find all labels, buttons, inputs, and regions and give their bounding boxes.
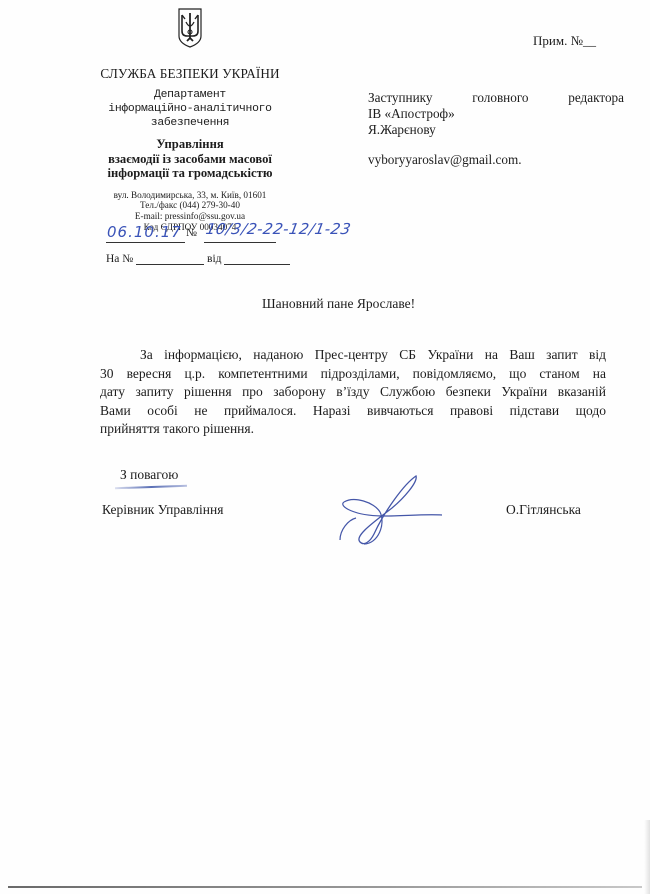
word: головного: [472, 90, 528, 106]
signer-position: Керівник Управління: [102, 502, 223, 518]
division-line: Управління: [90, 137, 290, 152]
handwritten-date: 06.10.17: [106, 223, 185, 243]
department-line: Департамент: [90, 88, 290, 102]
reference-date-blank: [224, 252, 290, 265]
handwritten-outgoing-number: 10/3/2-22-12/1-23: [204, 220, 352, 238]
trident-coat-of-arms-icon: [178, 8, 202, 48]
word: Заступнику: [368, 90, 432, 106]
reference-label: На №: [106, 253, 133, 265]
reference-number-blank: [136, 252, 204, 265]
department-line: інформаційно-аналітичного: [90, 102, 290, 116]
document-page: СЛУЖБА БЕЗПЕКИ УКРАЇНИ Департамент інфор…: [0, 0, 650, 894]
letterhead: СЛУЖБА БЕЗПЕКИ УКРАЇНИ Департамент інфор…: [90, 8, 290, 233]
registration-line: 06.10.17 № 10/3/2-22-12/1-23: [106, 223, 356, 245]
body-line: Вами особі не приймалося. Наразі вивчают…: [100, 402, 606, 421]
closing-regards: З повагою: [120, 467, 178, 483]
recipient-position: Заступнику головного редактора: [368, 90, 624, 106]
department-name: Департамент інформаційно-аналітичного за…: [90, 88, 290, 130]
department-line: забезпечення: [90, 116, 290, 130]
body-line: дату запиту рішення про заборону в’їзду …: [100, 383, 606, 402]
recipient-outlet: ІВ «Апостроф»: [368, 106, 624, 122]
address: вул. Володимирська, 33, м. Київ, 01601: [90, 190, 290, 201]
organization-name: СЛУЖБА БЕЗПЕКИ УКРАЇНИ: [90, 66, 290, 82]
letter-body: За інформацією, наданою Прес-центру СБ У…: [100, 346, 606, 439]
division-line: інформації та громадськістю: [90, 166, 290, 181]
word: редактора: [568, 90, 624, 106]
division-line: взаємодії із засобами масової: [90, 152, 290, 167]
number-underline: [204, 242, 276, 243]
signer-name: О.Гітлянська: [506, 502, 581, 518]
recipient-name: Я.Жарєнову: [368, 122, 624, 138]
page-corner-shadow: [644, 820, 650, 894]
reference-line: На № від: [106, 252, 290, 265]
from-label: від: [207, 253, 221, 265]
recipient-block: Заступнику головного редактора ІВ «Апост…: [368, 90, 624, 138]
signature-icon: [334, 472, 444, 548]
regards-ink-underline: [115, 485, 187, 490]
body-line: 30 вересня ц.р. компетентними підрозділа…: [100, 365, 606, 384]
division-name: Управління взаємодії із засобами масової…: [90, 137, 290, 181]
copy-mark: Прим. №__: [533, 33, 596, 49]
page-edge-shadow: [8, 886, 642, 888]
recipient-email: vyboryyaroslav@gmail.com.: [368, 152, 522, 168]
body-line: За інформацією, наданою Прес-центру СБ У…: [100, 346, 606, 365]
number-label: №: [186, 227, 197, 239]
phone-fax: Тел./факс (044) 279-30-40: [90, 200, 290, 211]
body-line: прийняття такого рішення.: [100, 420, 606, 439]
salutation: Шановний пане Ярославе!: [262, 296, 415, 312]
